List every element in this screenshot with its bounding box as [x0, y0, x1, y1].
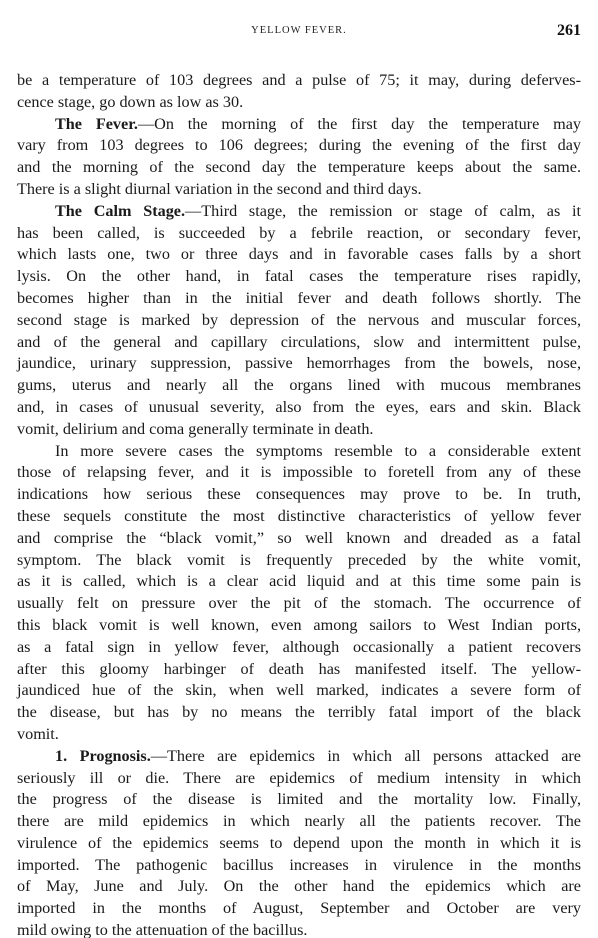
text-line: gums, uterus and nearly all the organs l…: [17, 375, 581, 397]
text-line: those of relapsing fever, and it is impo…: [17, 462, 581, 484]
line-text: seriously ill or die. There are epidemic…: [17, 769, 581, 787]
text-line: and comprise the “black vomit,” so well …: [17, 528, 581, 550]
line-text: In more severe cases the symptoms resemb…: [55, 442, 581, 460]
text-line: mild owing to the attenuation of the bac…: [17, 920, 581, 938]
line-text: vomit.: [17, 725, 59, 743]
text-line: and of the general and capillary circula…: [17, 332, 581, 354]
line-text: —There are epidemics in which all person…: [151, 747, 581, 765]
text-line: vary from 103 degrees to 106 degrees; du…: [17, 135, 581, 157]
line-text: and of the general and capillary circula…: [17, 333, 581, 351]
line-text: as a fatal sign in yellow fever, althoug…: [17, 638, 581, 656]
text-line: virulence of the epidemics seems to depe…: [17, 833, 581, 855]
text-line: and the morning of the second day the te…: [17, 157, 581, 179]
line-text: jaundiced hue of the skin, when well mar…: [17, 681, 581, 699]
text-line: the disease, but has by no means the ter…: [17, 702, 581, 724]
text-line: after this gloomy harbinger of death has…: [17, 659, 581, 681]
line-text: which lasts one, two or three days and i…: [17, 245, 581, 263]
text-line: these sequels constitute the most distin…: [17, 506, 581, 528]
text-line: of May, June and July. On the other hand…: [17, 876, 581, 898]
text-line: symptom. The black vomit is frequently p…: [17, 550, 581, 572]
text-line: has been called, is succeeded by a febri…: [17, 223, 581, 245]
line-text: the disease, but has by no means the ter…: [17, 703, 581, 721]
text-line: jaundiced hue of the skin, when well mar…: [17, 680, 581, 702]
line-text: this black vomit is well known, even amo…: [17, 616, 581, 634]
line-text: jaundice, urinary suppression, passive h…: [17, 354, 581, 372]
text-line: this black vomit is well known, even amo…: [17, 615, 581, 637]
running-head: YELLOW FEVER. 261: [0, 22, 598, 42]
line-text: there are mild epidemics in which nearly…: [17, 812, 581, 830]
text-line: vomit.: [17, 724, 581, 746]
run-in-heading: 1. Prognosis.: [55, 747, 151, 765]
text-line: seriously ill or die. There are epidemic…: [17, 768, 581, 790]
line-text: usually felt on pressure over the pit of…: [17, 594, 581, 612]
line-text: the progress of the disease is limited a…: [17, 790, 581, 808]
text-line: usually felt on pressure over the pit of…: [17, 593, 581, 615]
text-line: imported in the months of August, Septem…: [17, 898, 581, 920]
text-line: vomit, delirium and coma generally termi…: [17, 419, 581, 441]
text-line: There is a slight diurnal variation in t…: [17, 179, 581, 201]
text-line: imported. The pathogenic bacillus increa…: [17, 855, 581, 877]
body-text: be a temperature of 103 degrees and a pu…: [17, 70, 581, 938]
text-line: as a fatal sign in yellow fever, althoug…: [17, 637, 581, 659]
section-heading-line: The Calm Stage.—Third stage, the remissi…: [17, 201, 581, 223]
line-text: lysis. On the other hand, in fatal cases…: [17, 267, 581, 285]
line-text: and the morning of the second day the te…: [17, 158, 581, 176]
line-text: symptom. The black vomit is frequently p…: [17, 551, 581, 569]
line-text: as it is called, which is a clear acid l…: [17, 572, 581, 590]
section-heading-line: 1. Prognosis.—There are epidemics in whi…: [17, 746, 581, 768]
line-text: of May, June and July. On the other hand…: [17, 877, 581, 895]
line-text: those of relapsing fever, and it is impo…: [17, 463, 581, 481]
line-text: indications how serious these consequenc…: [17, 485, 581, 503]
line-text: imported in the months of August, Septem…: [17, 899, 581, 917]
run-in-heading: The Fever.: [55, 115, 138, 133]
line-text: virulence of the epidemics seems to depe…: [17, 834, 581, 852]
text-line: be a temperature of 103 degrees and a pu…: [17, 70, 581, 92]
line-text: second stage is marked by depression of …: [17, 311, 581, 329]
line-text: and, in cases of unusual severity, also …: [17, 398, 581, 416]
text-line: which lasts one, two or three days and i…: [17, 244, 581, 266]
line-text: gums, uterus and nearly all the organs l…: [17, 376, 581, 394]
line-text: after this gloomy harbinger of death has…: [17, 660, 581, 678]
line-text: cence stage, go down as low as 30.: [17, 93, 243, 111]
text-line: there are mild epidemics in which nearly…: [17, 811, 581, 833]
line-text: vomit, delirium and coma generally termi…: [17, 420, 373, 438]
text-line: becomes higher than in the initial fever…: [17, 288, 581, 310]
line-text: mild owing to the attenuation of the bac…: [17, 921, 307, 938]
text-line: and, in cases of unusual severity, also …: [17, 397, 581, 419]
line-text: becomes higher than in the initial fever…: [17, 289, 581, 307]
text-line: In more severe cases the symptoms resemb…: [17, 441, 581, 463]
line-text: —Third stage, the remission or stage of …: [185, 202, 581, 220]
line-text: has been called, is succeeded by a febri…: [17, 224, 581, 242]
run-in-heading: The Calm Stage.: [55, 202, 185, 220]
section-heading-line: The Fever.—On the morning of the first d…: [17, 114, 581, 136]
text-line: lysis. On the other hand, in fatal cases…: [17, 266, 581, 288]
text-line: second stage is marked by depression of …: [17, 310, 581, 332]
line-text: be a temperature of 103 degrees and a pu…: [17, 71, 581, 89]
line-text: imported. The pathogenic bacillus increa…: [17, 856, 581, 874]
line-text: and comprise the “black vomit,” so well …: [17, 529, 581, 547]
line-text: —On the morning of the first day the tem…: [138, 115, 581, 133]
line-text: vary from 103 degrees to 106 degrees; du…: [17, 136, 581, 154]
running-title: YELLOW FEVER.: [0, 25, 598, 36]
text-line: the progress of the disease is limited a…: [17, 789, 581, 811]
line-text: these sequels constitute the most distin…: [17, 507, 581, 525]
line-text: There is a slight diurnal variation in t…: [17, 180, 422, 198]
text-line: as it is called, which is a clear acid l…: [17, 571, 581, 593]
text-line: cence stage, go down as low as 30.: [17, 92, 581, 114]
text-line: jaundice, urinary suppression, passive h…: [17, 353, 581, 375]
page-number: 261: [557, 22, 581, 40]
text-line: indications how serious these consequenc…: [17, 484, 581, 506]
